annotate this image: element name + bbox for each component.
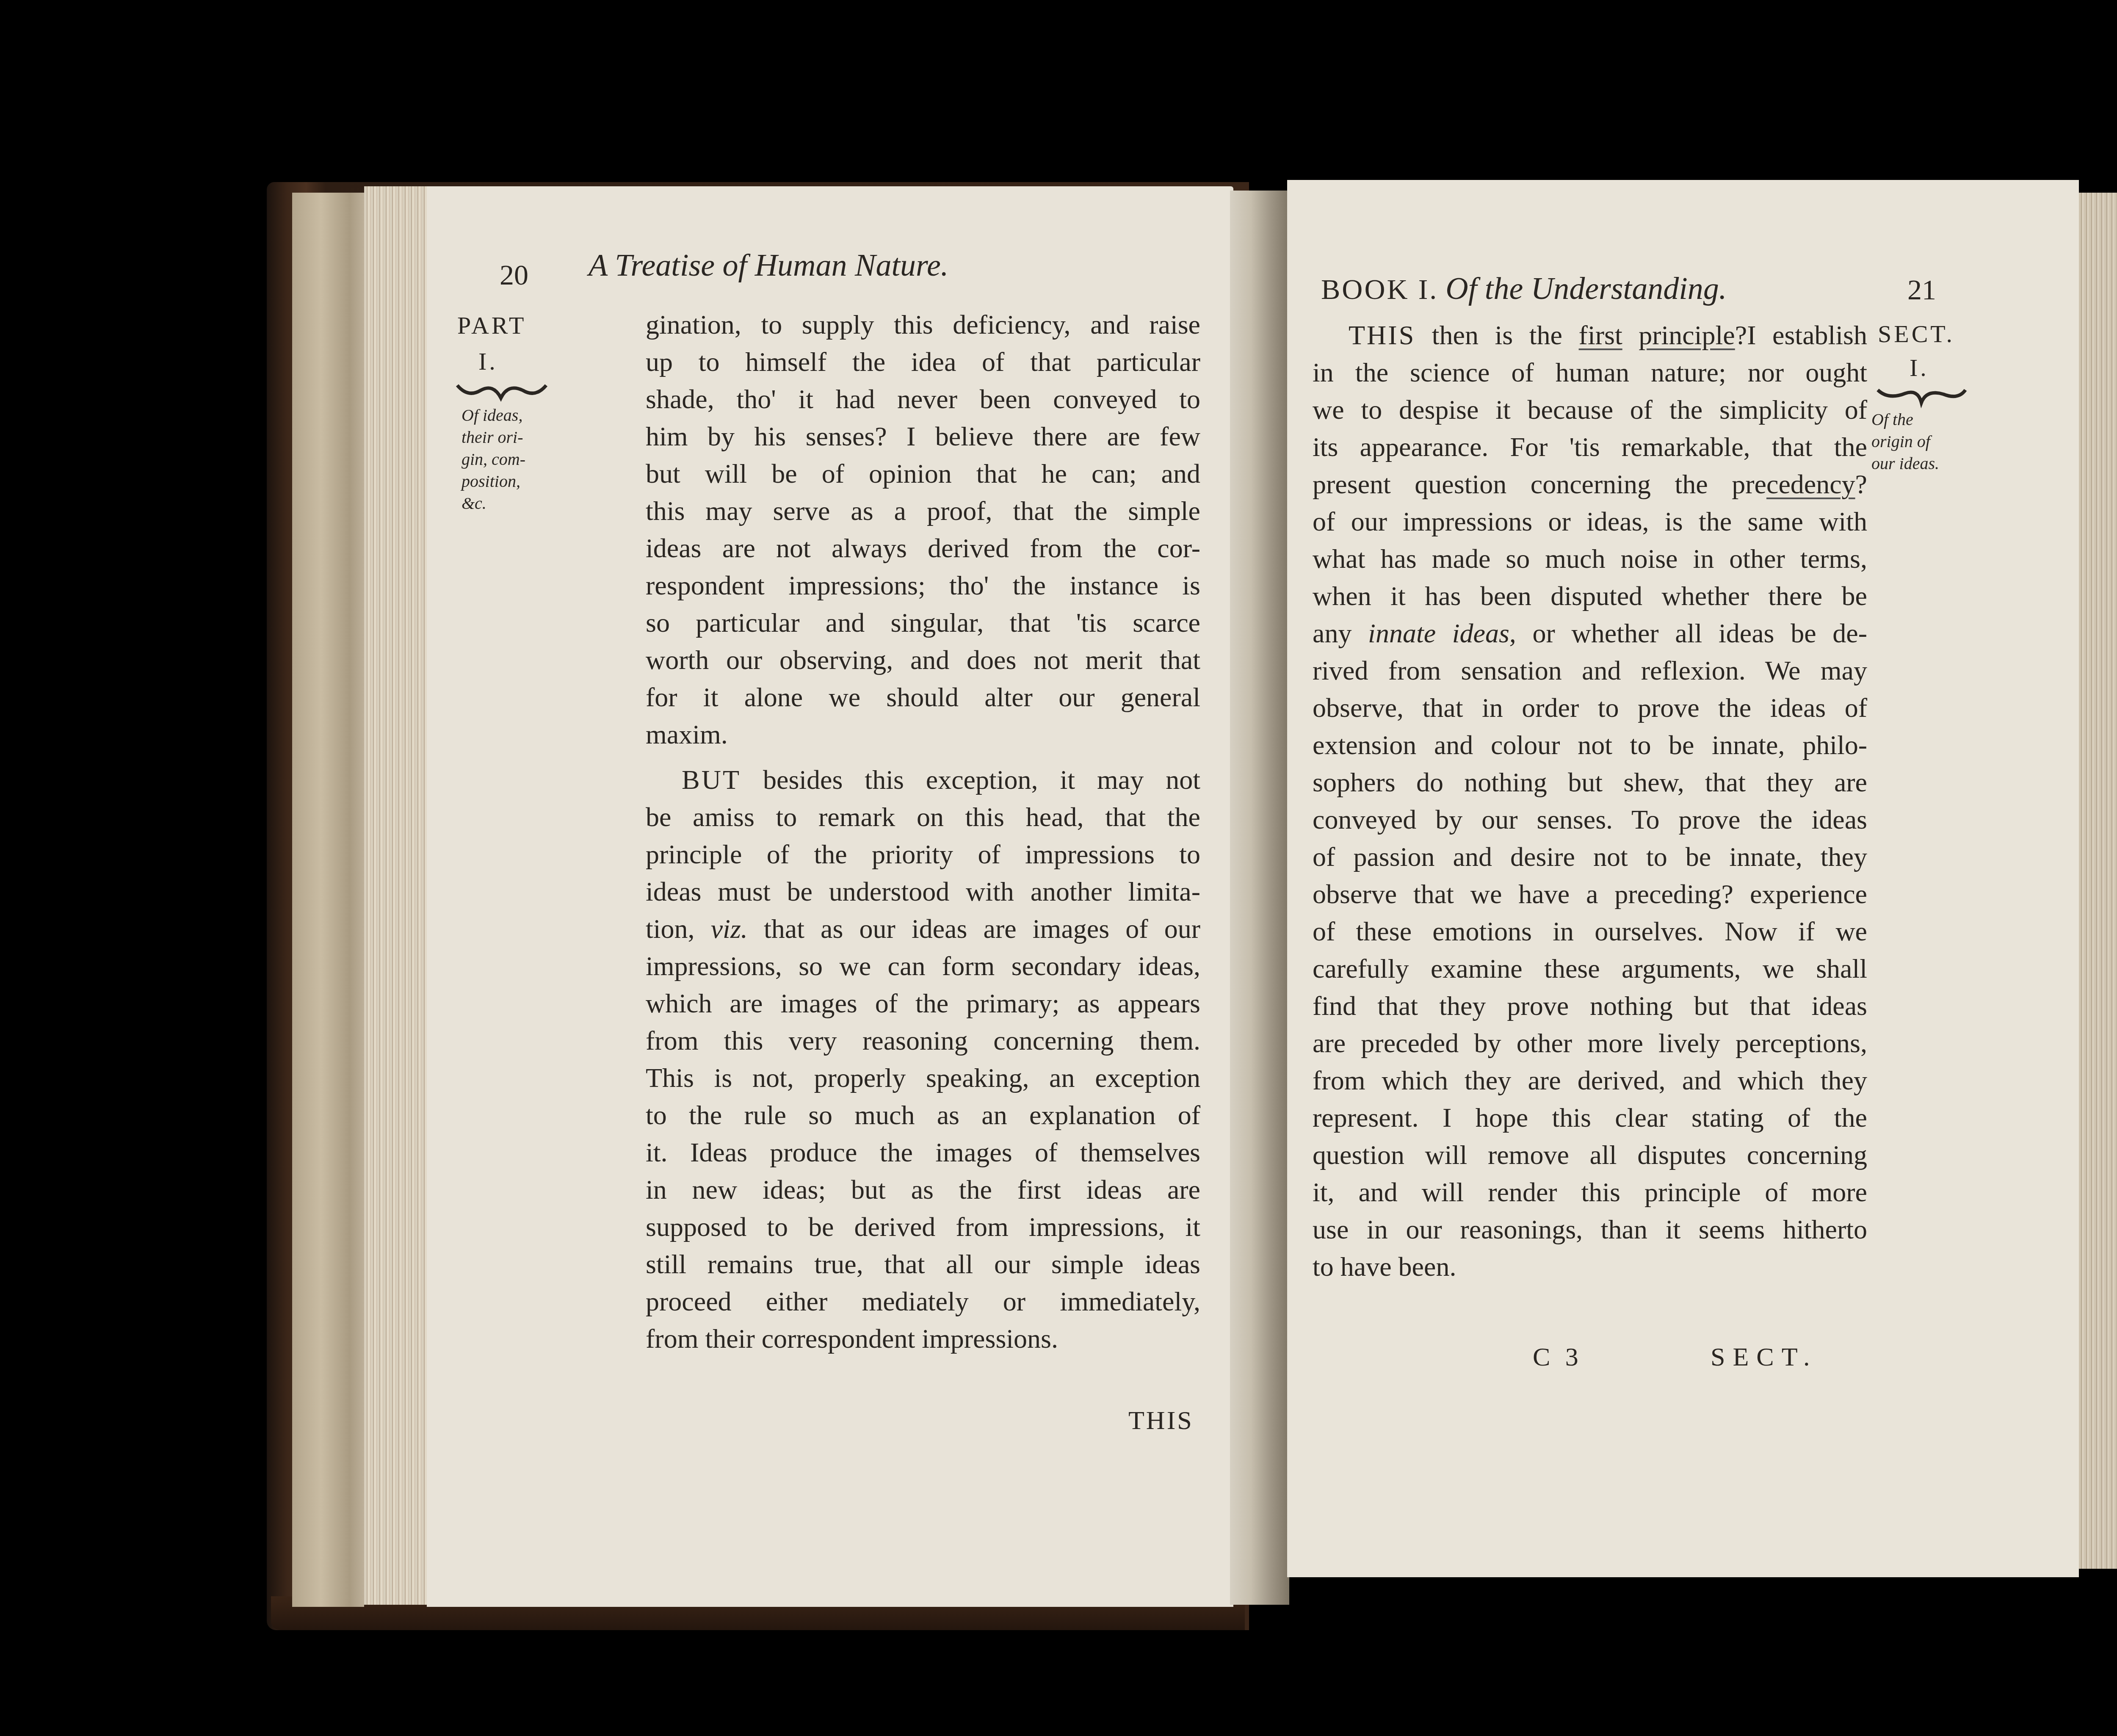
text-line: be amiss to remark on this head, that th… xyxy=(646,804,1200,831)
running-head-right: BOOK I. Of the Understanding. xyxy=(1321,271,1727,307)
text-line: conveyed by our senses. To prove the ide… xyxy=(1313,806,1867,833)
text-line: to have been. xyxy=(1313,1253,1867,1280)
catchword-right: SECT. xyxy=(1711,1342,1817,1372)
text-line: find that they prove nothing but that id… xyxy=(1313,992,1867,1020)
text-line: it, and will render this principle of mo… xyxy=(1313,1179,1867,1206)
text-line: so particular and singular, that 'tis sc… xyxy=(646,609,1200,636)
text-line: proceed either mediately or immediately, xyxy=(646,1288,1200,1315)
text-line: rived from sensation and reflexion. We m… xyxy=(1313,657,1867,684)
text-line: ideas are not always derived from the co… xyxy=(646,535,1200,562)
text-line: shade, tho' it had never been conveyed t… xyxy=(646,386,1200,413)
part-number: I. xyxy=(478,347,498,376)
left-endpaper xyxy=(292,193,364,1607)
text-line: from their correspondent impressions. xyxy=(646,1325,1200,1352)
text-line: ideas must be understood with another li… xyxy=(646,878,1200,905)
text-line: any innate ideas, or whether all ideas b… xyxy=(1313,620,1867,647)
catchword-left: THIS xyxy=(1128,1406,1194,1436)
running-head-title: Of the Understanding. xyxy=(1445,271,1727,306)
part-label: PART xyxy=(457,311,526,340)
text-line: this may serve as a proof, that the simp… xyxy=(646,498,1200,525)
text-line: tion, viz. that as our ideas are images … xyxy=(646,915,1200,943)
text-line: it. Ideas produce the images of themselv… xyxy=(646,1139,1200,1166)
handwritten-underline: first xyxy=(1579,320,1622,350)
text-line: maxim. xyxy=(646,721,1200,748)
section-number: I. xyxy=(1910,354,1929,382)
page-number-right: 21 xyxy=(1907,273,1936,307)
text-line: impressions, so we can form secondary id… xyxy=(646,953,1200,980)
paragraph-2-first-line: BUT besides this exception, it may not xyxy=(682,766,1200,793)
text-line: up to himself the idea of that particula… xyxy=(646,348,1200,376)
text-line: carefully examine these arguments, we sh… xyxy=(1313,955,1867,982)
page-number-left: 20 xyxy=(500,258,528,292)
handwritten-underline: cedency xyxy=(1766,469,1855,499)
section-label: SECT. xyxy=(1878,320,1955,348)
text-line: represent. I hope this clear stating of … xyxy=(1313,1104,1867,1131)
text-line: of our impressions or ideas, is the same… xyxy=(1313,508,1867,535)
text-line: but will be of opinion that he can; and xyxy=(646,460,1200,487)
text-line: which are images of the primary; as appe… xyxy=(646,990,1200,1017)
text-line: observe that we have a preceding? experi… xyxy=(1313,881,1867,908)
text-line: still remains true, that all our simple … xyxy=(646,1251,1200,1278)
text-line: use in our reasonings, than it seems hit… xyxy=(1313,1216,1867,1243)
text-line: in the science of human nature; nor ough… xyxy=(1313,359,1867,386)
text-line: principle of the priority of impressions… xyxy=(646,841,1200,868)
running-head-book: BOOK I. xyxy=(1321,273,1438,305)
book-gutter xyxy=(1230,191,1289,1605)
text-line: from which they are derived, and which t… xyxy=(1313,1067,1867,1094)
text-line: are preceded by other more lively percep… xyxy=(1313,1030,1867,1057)
paragraph-lead-word: BUT xyxy=(682,765,741,795)
text-line: question will remove all disputes concer… xyxy=(1313,1142,1867,1169)
text-line: him by his senses? I believe there are f… xyxy=(646,423,1200,450)
text-line: worth our observing, and does not merit … xyxy=(646,647,1200,674)
text-line: of passion and desire not to be innate, … xyxy=(1313,843,1867,871)
right-page-stack-edge xyxy=(2079,193,2117,1569)
paragraph-lead-word: THIS xyxy=(1349,320,1415,350)
running-head-left: A Treatise of Human Nature. xyxy=(589,248,948,284)
text-line: we to despise it because of the simplici… xyxy=(1313,396,1867,423)
text-line: for it alone we should alter our general xyxy=(646,684,1200,711)
text-line: of these emotions in ourselves. Now if w… xyxy=(1313,918,1867,945)
text-line: sophers do nothing but shew, that they a… xyxy=(1313,769,1867,796)
text-line: in new ideas; but as the first ideas are xyxy=(646,1176,1200,1203)
text-line: what has made so much noise in other ter… xyxy=(1313,545,1867,572)
text-line: respondent impressions; tho' the instanc… xyxy=(646,572,1200,599)
text-line: supposed to be derived from impressions,… xyxy=(646,1214,1200,1241)
text-line: extension and colour not to be innate, p… xyxy=(1313,732,1867,759)
text-line: observe, that in order to prove the idea… xyxy=(1313,694,1867,721)
margin-note-right: Of the origin of our ideas. xyxy=(1871,409,1939,475)
text-line: gination, to supply this deficiency, and… xyxy=(646,311,1200,338)
text-line: This is not, properly speaking, an excep… xyxy=(646,1064,1200,1092)
left-page-stack-edge xyxy=(364,186,428,1605)
brace-ornament-icon xyxy=(455,381,548,406)
text-line: THIS then is the first principle?I estab… xyxy=(1349,322,1867,349)
text-line: when it has been disputed whether there … xyxy=(1313,583,1867,610)
brace-ornament-icon xyxy=(1876,387,1969,409)
text-line: its appearance. For 'tis remarkable, tha… xyxy=(1313,434,1867,461)
text-line: present question concerning the preceden… xyxy=(1313,471,1867,498)
text-line: from this very reasoning concerning them… xyxy=(646,1027,1200,1054)
text-line: to the rule so much as an explanation of xyxy=(646,1102,1200,1129)
margin-note-left: Of ideas, their ori- gin, com- position,… xyxy=(462,404,525,514)
signature-mark: C 3 xyxy=(1533,1342,1583,1372)
